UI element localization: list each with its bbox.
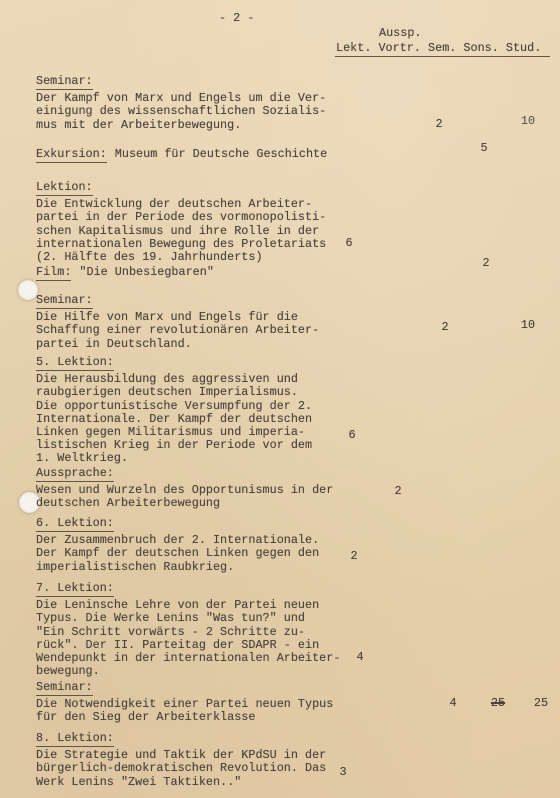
section-aussprache: Aussprache: Wesen und Wurzeln des Opport…: [36, 467, 333, 511]
value-vortr: 2: [394, 485, 401, 498]
section-heading: Exkursion:: [36, 147, 107, 163]
column-header-aussp: Aussp.: [379, 27, 421, 40]
value-sem: 4: [449, 697, 456, 710]
page-number: - 2 -: [219, 12, 254, 25]
value-lekt: 2: [350, 550, 357, 563]
section-exkursion: Exkursion:Museum für Deutsche Geschichte: [36, 148, 327, 161]
section-heading: Lektion:: [36, 180, 93, 196]
value-stud: 10: [521, 115, 535, 128]
document-page: - 2 - Aussp. Lekt. Vortr. Sem. Sons. Stu…: [0, 0, 560, 798]
section-lektion-8: 8. Lektion: Die Strategie und Taktik der…: [36, 732, 326, 789]
section-inline-text: "Die Unbesiegbaren": [79, 265, 214, 279]
value-lekt: 6: [348, 429, 355, 442]
section-film: Film:"Die Unbesiegbaren": [36, 266, 214, 279]
section-lektion: Lektion: Die Entwicklung der deutschen A…: [36, 181, 326, 264]
section-heading: Aussprache:: [36, 466, 114, 482]
value-lekt: 6: [345, 237, 352, 250]
section-body: Der Kampf von Marx und Engels um die Ver…: [36, 92, 326, 132]
section-seminar-2: Seminar: Die Hilfe von Marx und Engels f…: [36, 294, 319, 351]
section-seminar-1: Seminar: Der Kampf von Marx und Engels u…: [36, 75, 326, 132]
section-heading: 7. Lektion:: [36, 581, 114, 597]
value-sons: 2: [482, 257, 489, 270]
section-body: Die Leninsche Lehre von der Partei neuen…: [36, 599, 340, 678]
section-lektion-6: 6. Lektion: Der Zusammenbruch der 2. Int…: [36, 517, 319, 574]
section-body: Der Zusammenbruch der 2. Internationale.…: [36, 534, 319, 574]
section-heading: Seminar:: [36, 680, 93, 696]
section-seminar-3: Seminar: Die Notwendigkeit einer Partei …: [36, 681, 333, 725]
section-heading: Seminar:: [36, 293, 93, 309]
section-heading: 8. Lektion:: [36, 731, 114, 747]
section-body: Die Strategie und Taktik der KPdSU in de…: [36, 749, 326, 789]
column-headers: Lekt. Vortr. Sem. Sons. Stud.: [335, 42, 550, 57]
section-inline-text: Museum für Deutsche Geschichte: [115, 147, 327, 161]
value-lekt: 4: [356, 651, 363, 664]
value-lekt: 3: [339, 766, 346, 779]
value-stud: 25: [534, 697, 548, 710]
section-body: Die Entwicklung der deutschen Arbeiter- …: [36, 198, 326, 264]
value-sons: 5: [480, 142, 487, 155]
section-lektion-5: 5. Lektion: Die Herausbildung des aggres…: [36, 356, 312, 466]
section-body: Die Hilfe von Marx und Engels für die Sc…: [36, 311, 319, 351]
section-heading: 5. Lektion:: [36, 355, 114, 371]
section-lektion-7: 7. Lektion: Die Leninsche Lehre von der …: [36, 582, 340, 678]
value-stud: 10: [521, 319, 535, 332]
section-body: Wesen und Wurzeln des Opportunismus in d…: [36, 484, 333, 510]
section-heading: 6. Lektion:: [36, 516, 114, 532]
value-sem: 2: [435, 118, 442, 131]
section-heading: Film:: [36, 265, 71, 281]
section-body: Die Herausbildung des aggressiven und ra…: [36, 373, 312, 465]
hole-punch-top: [18, 280, 38, 300]
section-body: Die Notwendigkeit einer Partei neuen Typ…: [36, 698, 333, 724]
section-heading: Seminar:: [36, 74, 93, 90]
value-sem: 2: [441, 321, 448, 334]
value-sons-struck: 25: [491, 697, 505, 710]
